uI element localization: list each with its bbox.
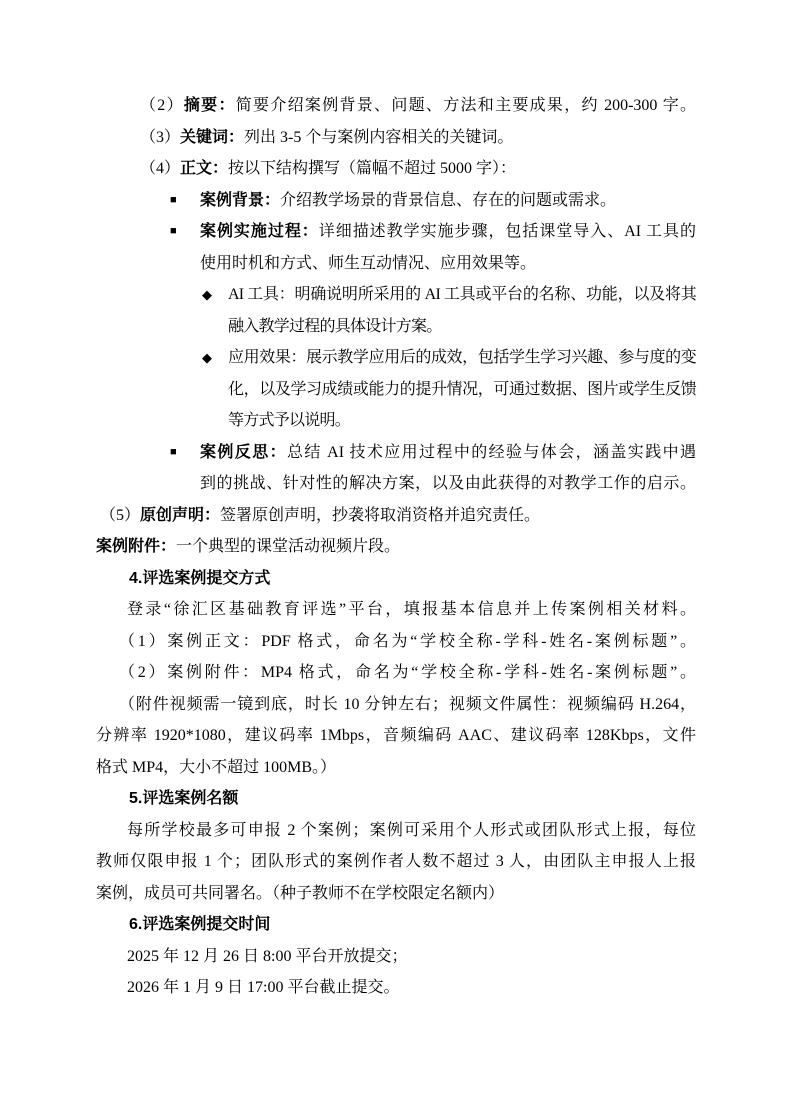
item-case-text-format: （1）案例正文：PDF 格式，命名为“学校全称-学科-姓名-案例标题”。 xyxy=(96,626,696,658)
sub-bullet-ai-tools: ◆ AI 工具：明确说明所采用的 AI 工具或平台的名称、功能，以及将其 融入教… xyxy=(96,279,696,342)
bullet-label: 案例背景： xyxy=(200,192,280,209)
text-line: 等方式予以说明。 xyxy=(228,405,696,437)
bullet-case-implementation: ■ 案例实施过程：详细描述教学实施步骤，包括课堂导入、AI 工具的 使用时机和方… xyxy=(96,216,696,279)
item-number: （2） xyxy=(140,97,184,114)
bullet-line: 详细描述教学实施步骤，包括课堂导入、AI 工具的 xyxy=(319,223,696,240)
diamond-bullet-icon: ◆ xyxy=(202,342,228,437)
text-line: 应用效果：展示教学应用后的成效，包括学生学习兴趣、参与度的变 xyxy=(228,342,696,374)
square-bullet-icon: ■ xyxy=(170,437,200,500)
list-item-body: （4）正文：按以下结构撰写（篇幅不超过 5000 字）： xyxy=(96,153,696,185)
text-line: 使用时机和方式、师生互动情况、应用效果等。 xyxy=(200,248,696,280)
text-line: 每所学校最多可申报 2 个案例；案例可采用个人形式或团队形式上报，每位 xyxy=(96,815,696,847)
para-quota-rules: 每所学校最多可申报 2 个案例；案例可采用个人形式或团队形式上报，每位 教师仅限… xyxy=(96,815,696,910)
list-item-originality: （5）原创声明：签署原创声明，抄袭将取消资格并追究责任。 xyxy=(96,500,696,532)
text-line: 化，以及学习成绩或能力的提升情况，可通过数据、图片或学生反馈 xyxy=(228,374,696,406)
bullet-text: 案例反思：总结 AI 技术应用过程中的经验与体会，涵盖实践中遇 到的挑战、针对性… xyxy=(200,437,696,500)
bullet-line: AI 工具：明确说明所采用的 AI 工具或平台的名称、功能，以及将其 xyxy=(228,286,696,303)
text-line: 分辨率 1920*1080，建议码率 1Mbps，音频编码 AAC、建议码率 1… xyxy=(96,720,696,752)
text-line: 案例反思：总结 AI 技术应用过程中的经验与体会，涵盖实践中遇 xyxy=(200,437,696,469)
bullet-text: 案例实施过程：详细描述教学实施步骤，包括课堂导入、AI 工具的 使用时机和方式、… xyxy=(200,216,696,279)
item-label: 关键词： xyxy=(180,129,244,146)
square-bullet-icon: ■ xyxy=(170,185,200,217)
item-number: （4） xyxy=(140,160,180,177)
item-label: 摘要： xyxy=(184,97,236,114)
item-number: （3） xyxy=(140,129,180,146)
para-deadline: 2026 年 1 月 9 日 17:00 平台截止提交。 xyxy=(96,972,696,1004)
bullet-text: 案例背景：介绍教学场景的背景信息、存在的问题或需求。 xyxy=(200,185,696,217)
para-open-time: 2025 年 12 月 26 日 8:00 平台开放提交； xyxy=(96,941,696,973)
bullet-case-reflection: ■ 案例反思：总结 AI 技术应用过程中的经验与体会，涵盖实践中遇 到的挑战、针… xyxy=(96,437,696,500)
para-video-requirements: （附件视频需一镜到底，时长 10 分钟左右；视频文件属性：视频编码 H.264，… xyxy=(96,689,696,784)
bullet-line: 融入教学过程的具体设计方案。 xyxy=(228,318,442,335)
bullet-line: 到的挑战、针对性的解决方案，以及由此获得的对教学工作的启示。 xyxy=(200,475,696,492)
document-page: （2）摘要：简要介绍案例背景、问题、方法和主要成果，约 200-300 字。 （… xyxy=(0,0,794,1115)
bullet-line: 等方式予以说明。 xyxy=(228,412,350,429)
bullet-line: 总结 AI 技术应用过程中的经验与体会，涵盖实践中遇 xyxy=(287,444,696,461)
item-text: 按以下结构撰写（篇幅不超过 5000 字）： xyxy=(228,160,516,177)
text-line: 融入教学过程的具体设计方案。 xyxy=(228,311,696,343)
text-line: 案例背景：介绍教学场景的背景信息、存在的问题或需求。 xyxy=(200,185,696,217)
item-text: 签署原创声明，抄袭将取消资格并追究责任。 xyxy=(220,507,540,524)
diamond-bullet-icon: ◆ xyxy=(202,279,228,342)
text-line: 教师仅限申报 1 个；团队形式的案例作者人数不超过 3 人，由团队主申报人上报 xyxy=(96,846,696,878)
bullet-case-background: ■ 案例背景：介绍教学场景的背景信息、存在的问题或需求。 xyxy=(96,185,696,217)
bullet-line: 应用效果：展示教学应用后的成效，包括学生学习兴趣、参与度的变 xyxy=(228,349,696,366)
square-bullet-icon: ■ xyxy=(170,216,200,279)
list-item-abstract: （2）摘要：简要介绍案例背景、问题、方法和主要成果，约 200-300 字。 xyxy=(96,90,696,122)
para-login-platform: 登录“徐汇区基础教育评选”平台，填报基本信息并上传案例相关材料。 xyxy=(96,594,696,626)
text-line: 格式 MP4，大小不超过 100MB。） xyxy=(96,752,696,784)
text-line: 到的挑战、针对性的解决方案，以及由此获得的对教学工作的启示。 xyxy=(200,468,696,500)
section-heading-submission-method: 4.评选案例提交方式 xyxy=(96,563,696,595)
text-line: 案例，成员可共同署名。（种子教师不在学校限定名额内） xyxy=(96,878,696,910)
bullet-text: AI 工具：明确说明所采用的 AI 工具或平台的名称、功能，以及将其 融入教学过… xyxy=(228,279,696,342)
item-text: 一个典型的课堂活动视频片段。 xyxy=(176,538,400,555)
bullet-label: 案例实施过程： xyxy=(200,223,319,240)
item-label: 案例附件： xyxy=(96,538,176,555)
bullet-text: 应用效果：展示教学应用后的成效，包括学生学习兴趣、参与度的变 化，以及学习成绩或… xyxy=(228,342,696,437)
item-label: 正文： xyxy=(180,160,228,177)
text-line: （附件视频需一镜到底，时长 10 分钟左右；视频文件属性：视频编码 H.264， xyxy=(96,689,696,721)
text-line: AI 工具：明确说明所采用的 AI 工具或平台的名称、功能，以及将其 xyxy=(228,279,696,311)
item-text: 简要介绍案例背景、问题、方法和主要成果，约 200-300 字。 xyxy=(236,97,696,114)
item-number: （5） xyxy=(100,507,140,524)
bullet-line: 使用时机和方式、师生互动情况、应用效果等。 xyxy=(200,255,536,272)
list-item-keywords: （3）关键词：列出 3-5 个与案例内容相关的关键词。 xyxy=(96,122,696,154)
bullet-label: 案例反思： xyxy=(200,444,287,461)
section-heading-quota: 5.评选案例名额 xyxy=(96,783,696,815)
case-attachment-note: 案例附件：一个典型的课堂活动视频片段。 xyxy=(96,531,696,563)
item-text: 列出 3-5 个与案例内容相关的关键词。 xyxy=(244,129,513,146)
item-case-attachment-format: （2）案例附件：MP4 格式，命名为“学校全称-学科-姓名-案例标题”。 xyxy=(96,657,696,689)
section-heading-submission-time: 6.评选案例提交时间 xyxy=(96,909,696,941)
item-label: 原创声明： xyxy=(140,507,220,524)
text-line: 案例实施过程：详细描述教学实施步骤，包括课堂导入、AI 工具的 xyxy=(200,216,696,248)
bullet-line: 介绍教学场景的背景信息、存在的问题或需求。 xyxy=(280,192,616,209)
sub-bullet-application-effect: ◆ 应用效果：展示教学应用后的成效，包括学生学习兴趣、参与度的变 化，以及学习成… xyxy=(96,342,696,437)
bullet-line: 化，以及学习成绩或能力的提升情况，可通过数据、图片或学生反馈 xyxy=(228,381,696,398)
